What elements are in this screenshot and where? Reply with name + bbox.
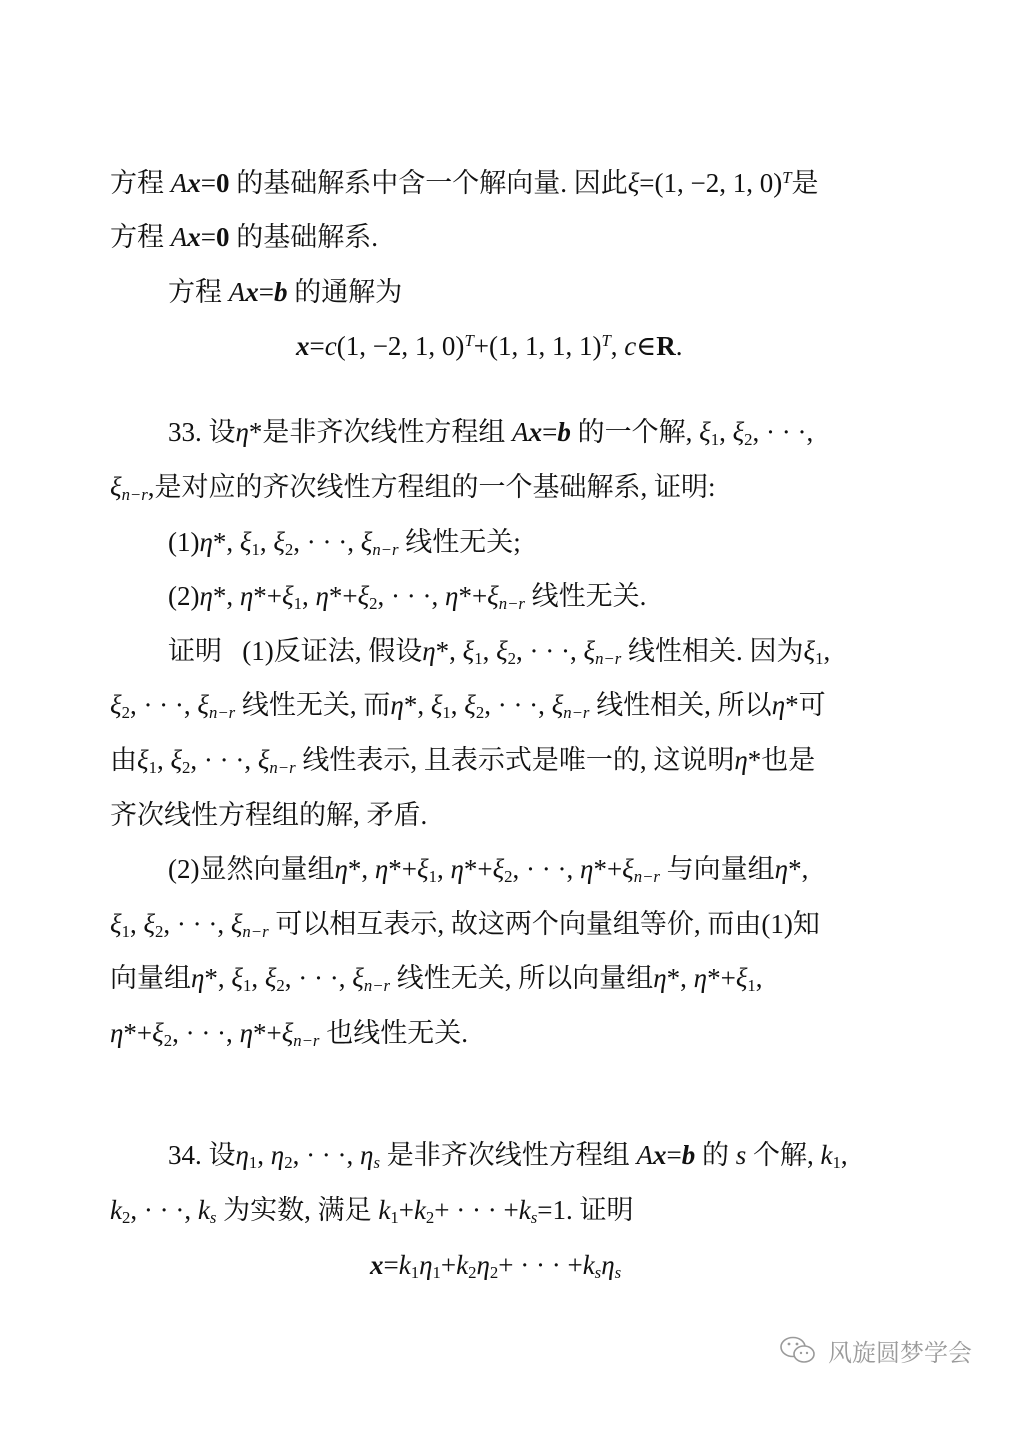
text-line: 向量组η*, ξ1, ξ2, · · ·, ξn−r 线性无关, 所以向量组η*… (110, 958, 910, 998)
watermark-text: 风旋圆梦学会 (828, 1333, 972, 1368)
proof-part-2: (2)显然向量组η*, η*+ξ1, η*+ξ2, · · ·, η*+ξn−r… (168, 849, 968, 889)
wechat-icon (778, 1335, 818, 1365)
formula-linear-combination: x=k1η1+k2η2+ · · · +ksηs (370, 1245, 1011, 1285)
problem-33-statement: 33. 设η*是非齐次线性方程组 Ax=b 的一个解, ξ1, ξ2, · · … (168, 412, 968, 452)
text-line: ξ2, · · ·, ξn−r 线性无关, 而η*, ξ1, ξ2, · · ·… (110, 685, 910, 725)
text-line: 方程 Ax=0 的基础解系中含一个解向量. 因此ξ=(1, −2, 1, 0)T… (110, 163, 910, 203)
text-line: ξ1, ξ2, · · ·, ξn−r 可以相互表示, 故这两个向量组等价, 而… (110, 904, 910, 944)
proof-part-1: 证明 (1)反证法, 假设η*, ξ1, ξ2, · · ·, ξn−r 线性相… (168, 631, 968, 671)
text-line: 由ξ1, ξ2, · · ·, ξn−r 线性表示, 且表示式是唯一的, 这说明… (110, 740, 910, 780)
text-line: 齐次线性方程组的解, 矛盾. (110, 795, 910, 835)
problem-33-part-1: (1)η*, ξ1, ξ2, · · ·, ξn−r 线性无关; (168, 522, 968, 562)
text-line: η*+ξ2, · · ·, η*+ξn−r 也线性无关. (110, 1013, 910, 1053)
watermark: 风旋圆梦学会 (778, 1330, 972, 1370)
formula-general-solution: x=c(1, −2, 1, 0)T+(1, 1, 1, 1)T, c∈R. (296, 326, 1011, 366)
text-line: k2, · · ·, ks 为实数, 满足 k1+k2+ · · · +ks=1… (110, 1190, 910, 1230)
text-line: ξn−r,是对应的齐次线性方程组的一个基础解系, 证明: (110, 467, 910, 507)
document-page: 方程 Ax=0 的基础解系中含一个解向量. 因此ξ=(1, −2, 1, 0)T… (0, 0, 1011, 1431)
problem-34-statement: 34. 设η1, η2, · · ·, ηs 是非齐次线性方程组 Ax=b 的 … (168, 1135, 968, 1175)
problem-33-part-2: (2)η*, η*+ξ1, η*+ξ2, · · ·, η*+ξn−r 线性无关… (168, 576, 968, 616)
text-line: 方程 Ax=0 的基础解系. (110, 217, 910, 257)
text-line: 方程 Ax=b 的通解为 (168, 272, 968, 312)
